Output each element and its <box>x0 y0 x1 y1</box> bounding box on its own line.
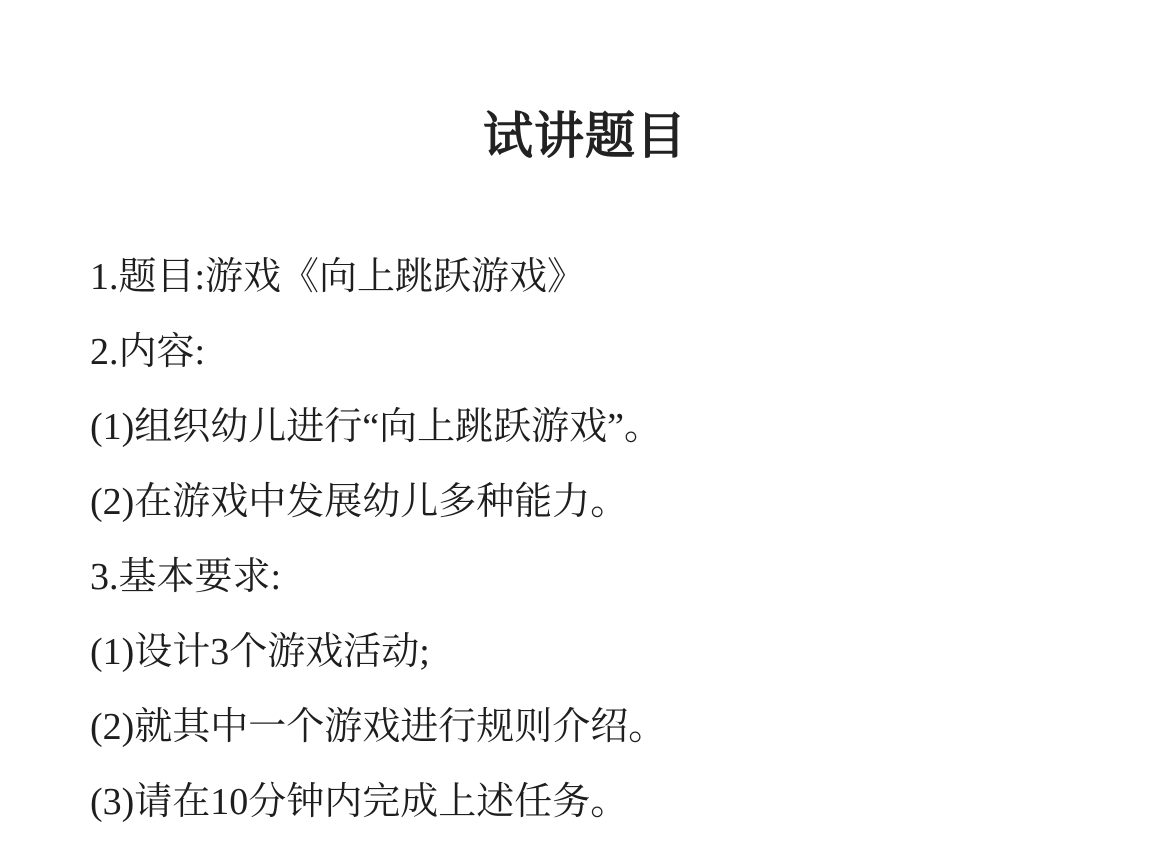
requirements-heading: 3.基本要求: <box>90 540 666 615</box>
content-heading: 2.内容: <box>90 315 666 390</box>
content-item-2: (2)在游戏中发展幼儿多种能力。 <box>90 465 666 540</box>
content-item-1: (1)组织幼儿进行“向上跳跃游戏”。 <box>90 390 666 465</box>
topic-line: 1.题目:游戏《向上跳跃游戏》 <box>90 240 666 315</box>
requirement-item-1: (1)设计3个游戏活动; <box>90 615 666 690</box>
document-body: 1.题目:游戏《向上跳跃游戏》 2.内容: (1)组织幼儿进行“向上跳跃游戏”。… <box>90 240 666 840</box>
requirement-item-3: (3)请在10分钟内完成上述任务。 <box>90 765 666 840</box>
page-title: 试讲题目 <box>0 104 1170 168</box>
requirement-item-2: (2)就其中一个游戏进行规则介绍。 <box>90 690 666 765</box>
